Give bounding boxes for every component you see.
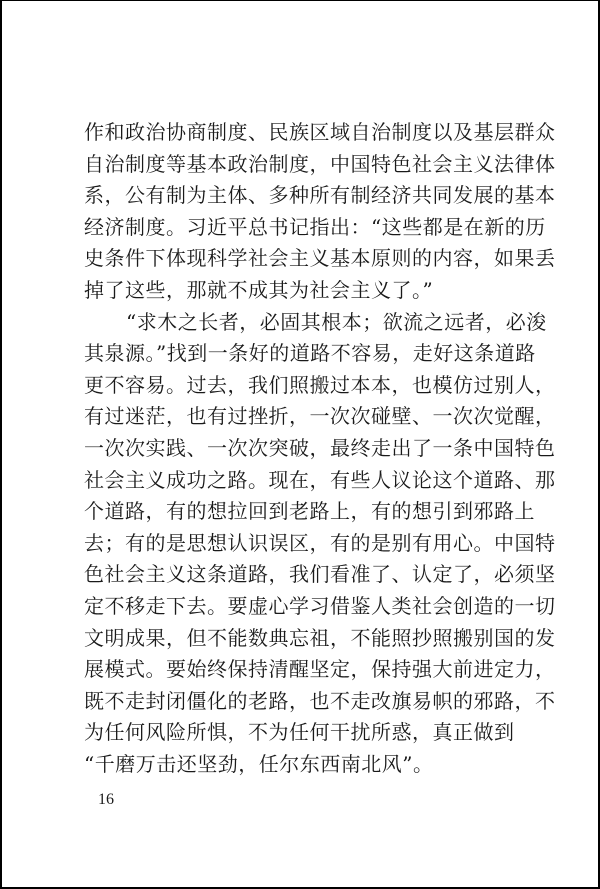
page-number: 16 [98, 791, 114, 809]
text-line: 经济制度。习近平总书记指出：“这些都是在新的历 [84, 212, 508, 244]
text-line: 色社会主义这条道路，我们看准了、认定了，必须坚 [84, 559, 508, 591]
text-line: 自治制度等基本政治制度，中国特色社会主义法律体 [84, 149, 508, 181]
body-text: 作和政治协商制度、民族区域自治制度以及基层群众 自治制度等基本政治制度，中国特色… [84, 117, 508, 780]
text-line: 更不容易。过去，我们照搬过本本，也模仿过别人， [84, 370, 508, 402]
text-line: 系，公有制为主体、多种所有制经济共同发展的基本 [84, 180, 508, 212]
text-line: 一次次实践、一次次突破，最终走出了一条中国特色 [84, 433, 508, 465]
text-line: 文明成果，但不能数典忘祖，不能照抄照搬别国的发 [84, 623, 508, 655]
text-line: 个道路，有的想拉回到老路上，有的想引到邪路上 [84, 496, 508, 528]
text-line: 其泉源。”找到一条好的道路不容易，走好这条道路 [84, 338, 508, 370]
book-page: 作和政治协商制度、民族区域自治制度以及基层群众 自治制度等基本政治制度，中国特色… [0, 0, 600, 889]
text-line: 社会主义成功之路。现在，有些人议论这个道路、那 [84, 465, 508, 497]
text-line: 有过迷茫，也有过挫折，一次次碰壁、一次次觉醒， [84, 401, 508, 433]
paragraph-start-line: “求木之长者，必固其根本；欲流之远者，必浚 [84, 307, 508, 339]
text-line: 作和政治协商制度、民族区域自治制度以及基层群众 [84, 117, 508, 149]
text-line: 为任何风险所惧，不为任何干扰所惑，真正做到 [84, 717, 508, 749]
text-line: 掉了这些，那就不成其为社会主义了。” [84, 275, 508, 307]
text-line: 史条件下体现科学社会主义基本原则的内容，如果丢 [84, 243, 508, 275]
text-line: “千磨万击还坚劲，任尔东西南北风”。 [84, 749, 508, 781]
text-line: 展模式。要始终保持清醒坚定，保持强大前进定力， [84, 654, 508, 686]
text-line: 既不走封闭僵化的老路，也不走改旗易帜的邪路，不 [84, 686, 508, 718]
text-line: 去；有的是思想认识误区，有的是别有用心。中国特 [84, 528, 508, 560]
text-line: 定不移走下去。要虚心学习借鉴人类社会创造的一切 [84, 591, 508, 623]
